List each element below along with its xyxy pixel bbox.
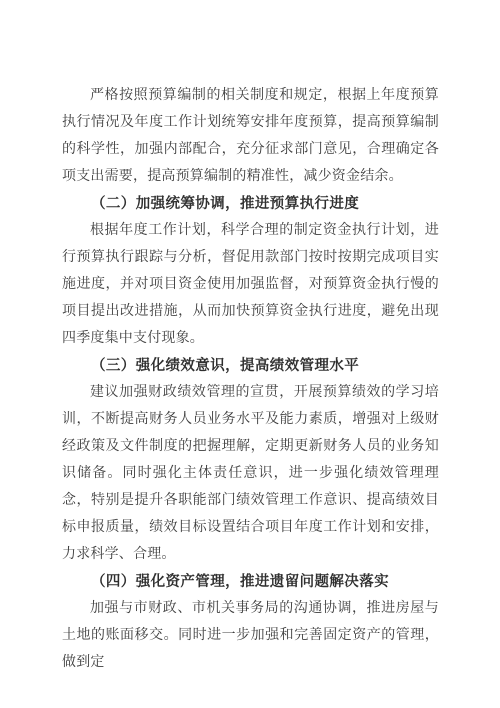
section-heading-4-assets: （四）强化资产管理，推进遗留问题解决落实 (62, 568, 439, 595)
document-page: 严格按照预算编制的相关制度和规定，根据上年度预算执行情况及年度工作计划统筹安排年… (0, 0, 500, 708)
section-heading-3-performance: （三）强化绩效意识，提高绩效管理水平 (62, 352, 439, 379)
paragraph-budget-execution: 根据年度工作计划，科学合理的制定资金执行计划，进行预算执行跟踪与分析，督促用款部… (62, 217, 439, 352)
paragraph-budget-preparation: 严格按照预算编制的相关制度和规定，根据上年度预算执行情况及年度工作计划统筹安排年… (62, 82, 439, 190)
paragraph-asset-management: 加强与市财政、市机关事务局的沟通协调，推进房屋与土地的账面移交。同时进一步加强和… (62, 595, 439, 676)
section-heading-2-coordination: （二）加强统筹协调，推进预算执行进度 (62, 190, 439, 217)
document-body: 严格按照预算编制的相关制度和规定，根据上年度预算执行情况及年度工作计划统筹安排年… (62, 82, 439, 676)
paragraph-performance-management: 建议加强财政绩效管理的宣贯，开展预算绩效的学习培训，不断提高财务人员业务水平及能… (62, 379, 439, 568)
